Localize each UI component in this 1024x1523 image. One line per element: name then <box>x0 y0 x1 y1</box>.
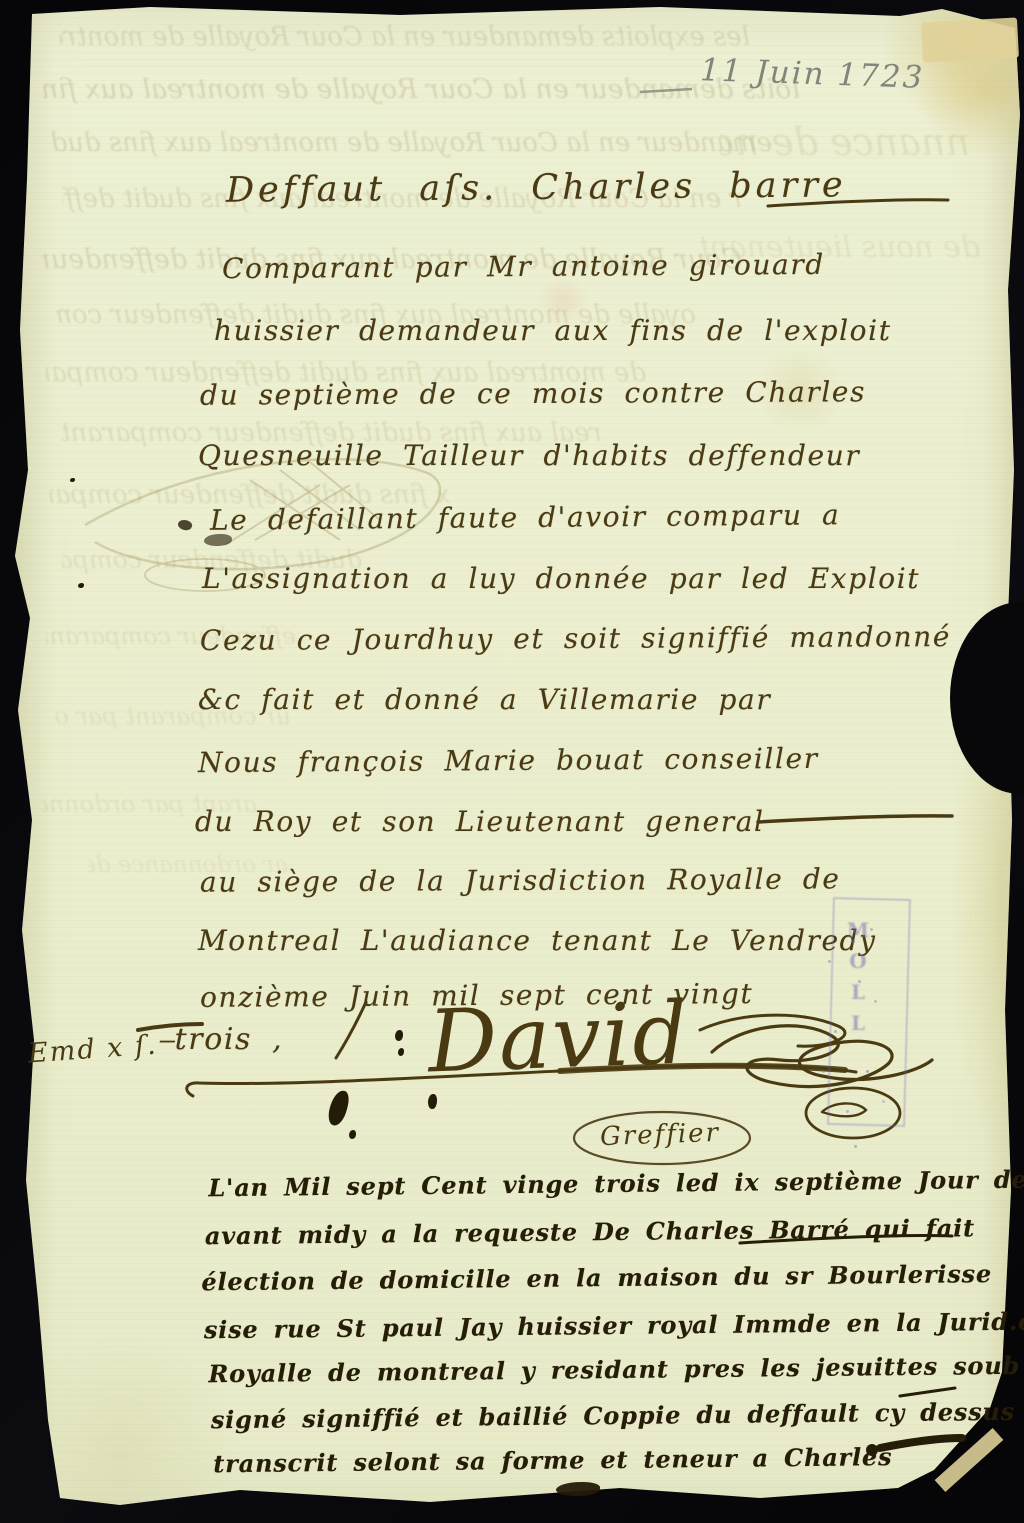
text-line: du Roy et son Lieutenant general <box>195 805 765 838</box>
text-line: Cezu ce Jourdhuy et soit signiffié mando… <box>200 620 951 657</box>
text-line: L'assignation a luy donnée par led Explo… <box>202 562 920 595</box>
text-line: Quesneuille Tailleur d'habits deffendeur <box>198 439 860 472</box>
bleedthrough-line: nnance de nous <box>720 120 970 164</box>
signature-david: David <box>426 983 691 1092</box>
text-line: au siège de la Jurisdiction Royalle de <box>200 862 841 898</box>
text-line: Deffaut aſs. Charles barre <box>226 165 847 210</box>
archival-stamp-speckles <box>852 940 855 943</box>
bleedthrough-line: emandeur en la Cour Royalle de montreal … <box>52 128 772 158</box>
scanned-document-image: les exploits demandeur en la Cour Royall… <box>0 0 1024 1523</box>
bleedthrough-line: les exploits demandeur en la Cour Royall… <box>60 22 750 52</box>
text-line: Le defaillant faute d'avoir comparu a <box>210 498 841 536</box>
text-line: du septième de ce mois contre Charles <box>200 375 866 411</box>
edge-blot <box>556 1482 600 1496</box>
archival-stamp-text: MOLL <box>846 918 870 1118</box>
text-line: huissier demandeur aux fins de l'exploit <box>214 314 892 347</box>
bleedthrough-line: loits demandeur en la Cour Royalle de mo… <box>40 74 800 105</box>
text-line: Comparant par Mr antoine girouard <box>222 248 825 285</box>
repair-tape <box>921 18 1019 63</box>
text-line: Nous françois Marie bouat conseiller <box>198 742 819 779</box>
signature-title: Greffier <box>600 1118 721 1152</box>
text-line: Montreal L'audiance tenant Le Vendredy <box>198 924 877 957</box>
text-line: ⎯trois , <box>158 1022 283 1057</box>
service-note-block: L'an Mil sept Cent vinge trois led ix se… <box>0 0 1024 5</box>
text-line: &c fait et donné a Villemarie par <box>198 683 771 716</box>
